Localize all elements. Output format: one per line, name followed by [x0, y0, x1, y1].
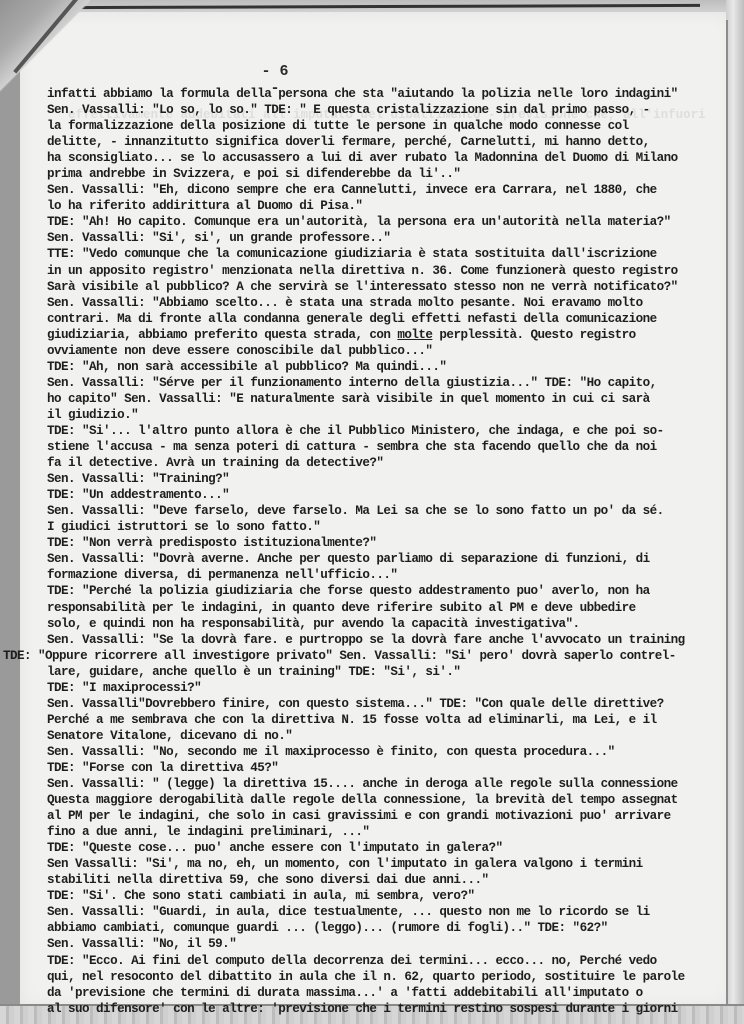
- transcript-line: TDE: "Non verrà predisposto istituzional…: [47, 535, 727, 551]
- transcript-line: TTE: "Vedo comunque che la comunicazione…: [47, 246, 727, 262]
- transcript-line: Perché a me sembrava che con la direttiv…: [47, 712, 727, 728]
- transcript-line: Sen. Vassalli: "No, il 59.": [47, 936, 727, 952]
- transcript-line: solo, e quindi non ha responsabilità, pu…: [47, 616, 727, 632]
- transcript-line: Sen. Vassalli: "Training?": [47, 471, 727, 487]
- transcript-line: prima andrebbe in Svizzera, e poi si dif…: [47, 166, 727, 182]
- transcript-line: ha sconsigliato... se lo accusassero a l…: [47, 150, 727, 166]
- transcript-line: Sen. Vassalli: "No, secondo me il maxipr…: [47, 744, 727, 760]
- transcript-line: Questa maggiore derogabilità dalle regol…: [47, 792, 727, 808]
- transcript-line: ovviamente non deve essere conoscibile d…: [47, 343, 727, 359]
- transcript-line: contrari. Ma di fronte alla condanna gen…: [47, 311, 727, 327]
- transcript-line: infatti abbiamo la formula della persona…: [47, 86, 727, 102]
- transcript-line: TDE: "I maxiprocessi?": [47, 680, 727, 696]
- transcript-line: da 'previsione che termini di durata mas…: [47, 985, 727, 1001]
- transcript-line: TDE: "Si'. Che sono stati cambiati in au…: [47, 888, 727, 904]
- transcript-line: delitte, - innanzitutto significa doverl…: [47, 134, 727, 150]
- transcript-line: TDE: "Si'... l'altro punto allora è che …: [47, 423, 727, 439]
- transcript-line: TDE: "Ah, non sarà accessibile al pubbli…: [47, 359, 727, 375]
- transcript-line: I giudici istruttori se lo sono fatto.": [47, 519, 727, 535]
- transcript-line: Sen. Vassalli: "Dovrà averne. Anche per …: [47, 551, 727, 567]
- transcript-line: TDE: "Forse con la direttiva 45?": [47, 760, 727, 776]
- transcript-line: Sen. Vassalli: "Sérve per il funzionamen…: [47, 375, 727, 391]
- line-text: perplessità. Questo registro: [432, 328, 635, 342]
- transcript-line: ho capito" Sen. Vassalli: "E naturalment…: [47, 391, 727, 407]
- transcript-line: fa il detective. Avrà un training da det…: [47, 455, 727, 471]
- transcript-line: il giudizio.": [47, 407, 727, 423]
- transcript-line: Sen. Vassalli: "Si', si', un grande prof…: [47, 230, 727, 246]
- transcript-line: TDE: "Un addestramento...": [47, 487, 727, 503]
- transcript-line: al suo difensore' con le altre: 'previsi…: [47, 1001, 727, 1017]
- transcript-line: Sen. Vassalli: " (legge) la direttiva 15…: [47, 776, 727, 792]
- transcript-line: Sen. Vassalli"Dovrebbero finire, con que…: [47, 696, 727, 712]
- transcript-line: Senatore Vitalone, dicevano di no.": [47, 728, 727, 744]
- underlined-word: molte: [397, 328, 432, 342]
- binding-strip: [726, 0, 744, 1024]
- transcript-line: la formalizzazione della posizione di tu…: [47, 118, 727, 134]
- folded-corner: [0, 0, 90, 100]
- transcript-line: TDE: "Ecco. Ai fini del computo della de…: [47, 953, 727, 969]
- transcript-line: in un apposito registro' menzionata nell…: [47, 263, 727, 279]
- transcript-line: abbiamo cambiati, comunque guardi ... (l…: [47, 920, 727, 936]
- transcript-line: Sarà visibile al pubblico? A che servirà…: [47, 279, 727, 295]
- transcript-line: Sen. Vassalli: "Abbiamo scelto... è stat…: [47, 295, 727, 311]
- transcript-line: Sen. Vassalli: "Eh, dicono sempre che er…: [47, 182, 727, 198]
- transcript-body: infatti abbiamo la formula della persona…: [47, 86, 727, 1017]
- transcript-line: qui, nel resoconto del dibattito in aula…: [47, 969, 727, 985]
- transcript-line: lo ha riferito addirittura al Duomo di P…: [47, 198, 727, 214]
- transcript-line: formazione diversa, di permanenza nell'u…: [47, 567, 727, 583]
- transcript-line: TDE: "Perché la polizia giudiziaria che …: [47, 583, 727, 599]
- transcript-line: TDE: "Queste cose... puo' anche essere c…: [47, 840, 727, 856]
- transcript-line: fino a due anni, le indagini preliminari…: [47, 824, 727, 840]
- transcript-line: TDE: "Ah! Ho capito. Comunque era un'aut…: [47, 214, 727, 230]
- transcript-line: giudiziaria, abbiamo preferito questa st…: [47, 327, 727, 343]
- transcript-line: Sen Vassalli: "Si', ma no, eh, un moment…: [47, 856, 727, 872]
- transcript-line: TDE: "Oppure ricorrere all investigore p…: [3, 648, 727, 664]
- transcript-line: lare, guidare, anche quello è un trainin…: [47, 664, 727, 680]
- transcript-line: Sen. Vassalli: "Se la dovrà fare. e purt…: [47, 632, 727, 648]
- transcript-line: stiene l'accusa - ma senza poteri di cat…: [47, 439, 727, 455]
- transcript-line: responsabilità per le indagini, in quant…: [47, 600, 727, 616]
- line-text: giudiziaria, abbiamo preferito questa st…: [47, 328, 397, 342]
- transcript-line: al PM per le indagini, che solo in casi …: [47, 808, 727, 824]
- transcript-line: stabiliti nella direttiva 59, che sono d…: [47, 872, 727, 888]
- transcript-line: Sen. Vassalli: "Guardi, in aula, dice te…: [47, 904, 727, 920]
- transcript-line: Sen. Vassalli: "Deve farselo, deve farse…: [47, 503, 727, 519]
- transcript-line: Sen. Vassalli: "Lo so, lo so." TDE: " E …: [47, 102, 727, 118]
